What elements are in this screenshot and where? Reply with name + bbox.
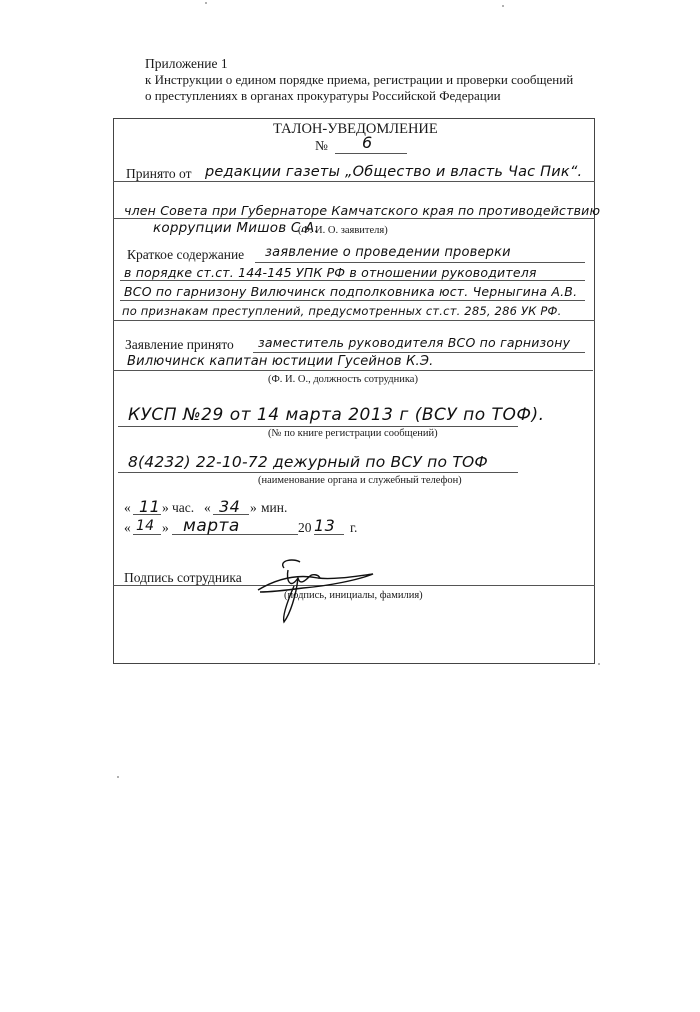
summary-value-4[interactable]: по признакам преступлений, предусмотренн… (122, 304, 561, 318)
year-value[interactable]: 13 (314, 516, 335, 535)
accepted-by-label: Заявление принято (125, 337, 234, 353)
received-from-value-1[interactable]: редакции газеты „Общество и власть Час П… (205, 164, 582, 180)
appendix-title: Приложение 1 (145, 56, 228, 72)
summary-value-3[interactable]: ВСО по гарнизону Вилючинск подполковника… (124, 284, 577, 299)
accepted-by-value-1[interactable]: заместитель руководителя ВСО по гарнизон… (258, 335, 570, 350)
summary-line-2 (120, 280, 585, 281)
number-label: № (315, 138, 328, 154)
summary-value-2[interactable]: в порядке ст.ст. 144-145 УПК РФ в отноше… (124, 265, 537, 280)
accepted-by-value-2[interactable]: Вилючинск капитан юстиции Гусейнов К.Э. (127, 354, 433, 369)
scan-speck (117, 776, 119, 778)
accepted-line-1 (253, 352, 585, 353)
day-value[interactable]: 14 (136, 518, 154, 534)
received-from-value-2[interactable]: член Совета при Губернаторе Камчатского … (124, 203, 600, 218)
organ-line (118, 472, 518, 473)
received-from-label: Принято от (126, 166, 191, 182)
hour-label: час. (172, 500, 194, 516)
hour-close-quote: » (162, 500, 169, 516)
accepted-by-caption: (Ф. И. О., должность сотрудника) (268, 374, 418, 385)
signature-label: Подпись сотрудника (124, 570, 242, 586)
signature-scribble (248, 556, 398, 626)
received-from-value-3[interactable]: коррупции Мишов С.А. (153, 220, 319, 236)
summary-value-1[interactable]: заявление о проведении проверки (265, 245, 511, 260)
minute-value[interactable]: 34 (219, 497, 240, 516)
registration-value[interactable]: КУСП №29 от 14 марта 2013 г (ВСУ по ТОФ)… (128, 405, 545, 425)
month-value[interactable]: марта (183, 516, 240, 536)
appendix-line-2: о преступлениях в органах прокуратуры Ро… (145, 88, 501, 104)
organ-caption: (наименование органа и служебный телефон… (258, 475, 462, 486)
received-from-caption: (Ф. И. О. заявителя) (298, 225, 388, 236)
organ-value[interactable]: 8(4232) 22-10-72 дежурный по ВСУ по ТОФ (128, 453, 488, 471)
number-value[interactable]: 6 (362, 133, 373, 152)
scan-speck (205, 2, 207, 4)
minute-open-quote: « (204, 500, 211, 516)
received-line-2 (113, 218, 595, 219)
accepted-line-2 (113, 370, 593, 371)
hour-value[interactable]: 11 (139, 497, 160, 516)
year-prefix: 20 (298, 520, 312, 536)
day-underline (133, 534, 161, 535)
year-label: г. (350, 520, 357, 536)
summary-line-3 (120, 300, 585, 301)
number-underline (335, 153, 407, 154)
appendix-line-1: к Инструкции о едином порядке приема, ре… (145, 72, 573, 88)
minute-close-quote: » (250, 500, 257, 516)
summary-line-4 (113, 320, 595, 321)
minute-label: мин. (261, 500, 287, 516)
registration-caption: (№ по книге регистрации сообщений) (268, 428, 438, 439)
day-open-quote: « (124, 520, 131, 536)
summary-line-1 (255, 262, 585, 263)
scan-speck (598, 663, 600, 665)
registration-line (118, 426, 518, 427)
form-title: ТАЛОН-УВЕДОМЛЕНИЕ (273, 121, 438, 138)
hour-open-quote: « (124, 500, 131, 516)
scan-speck (502, 5, 504, 7)
day-close-quote: » (162, 520, 169, 536)
summary-label: Краткое содержание (127, 247, 244, 263)
